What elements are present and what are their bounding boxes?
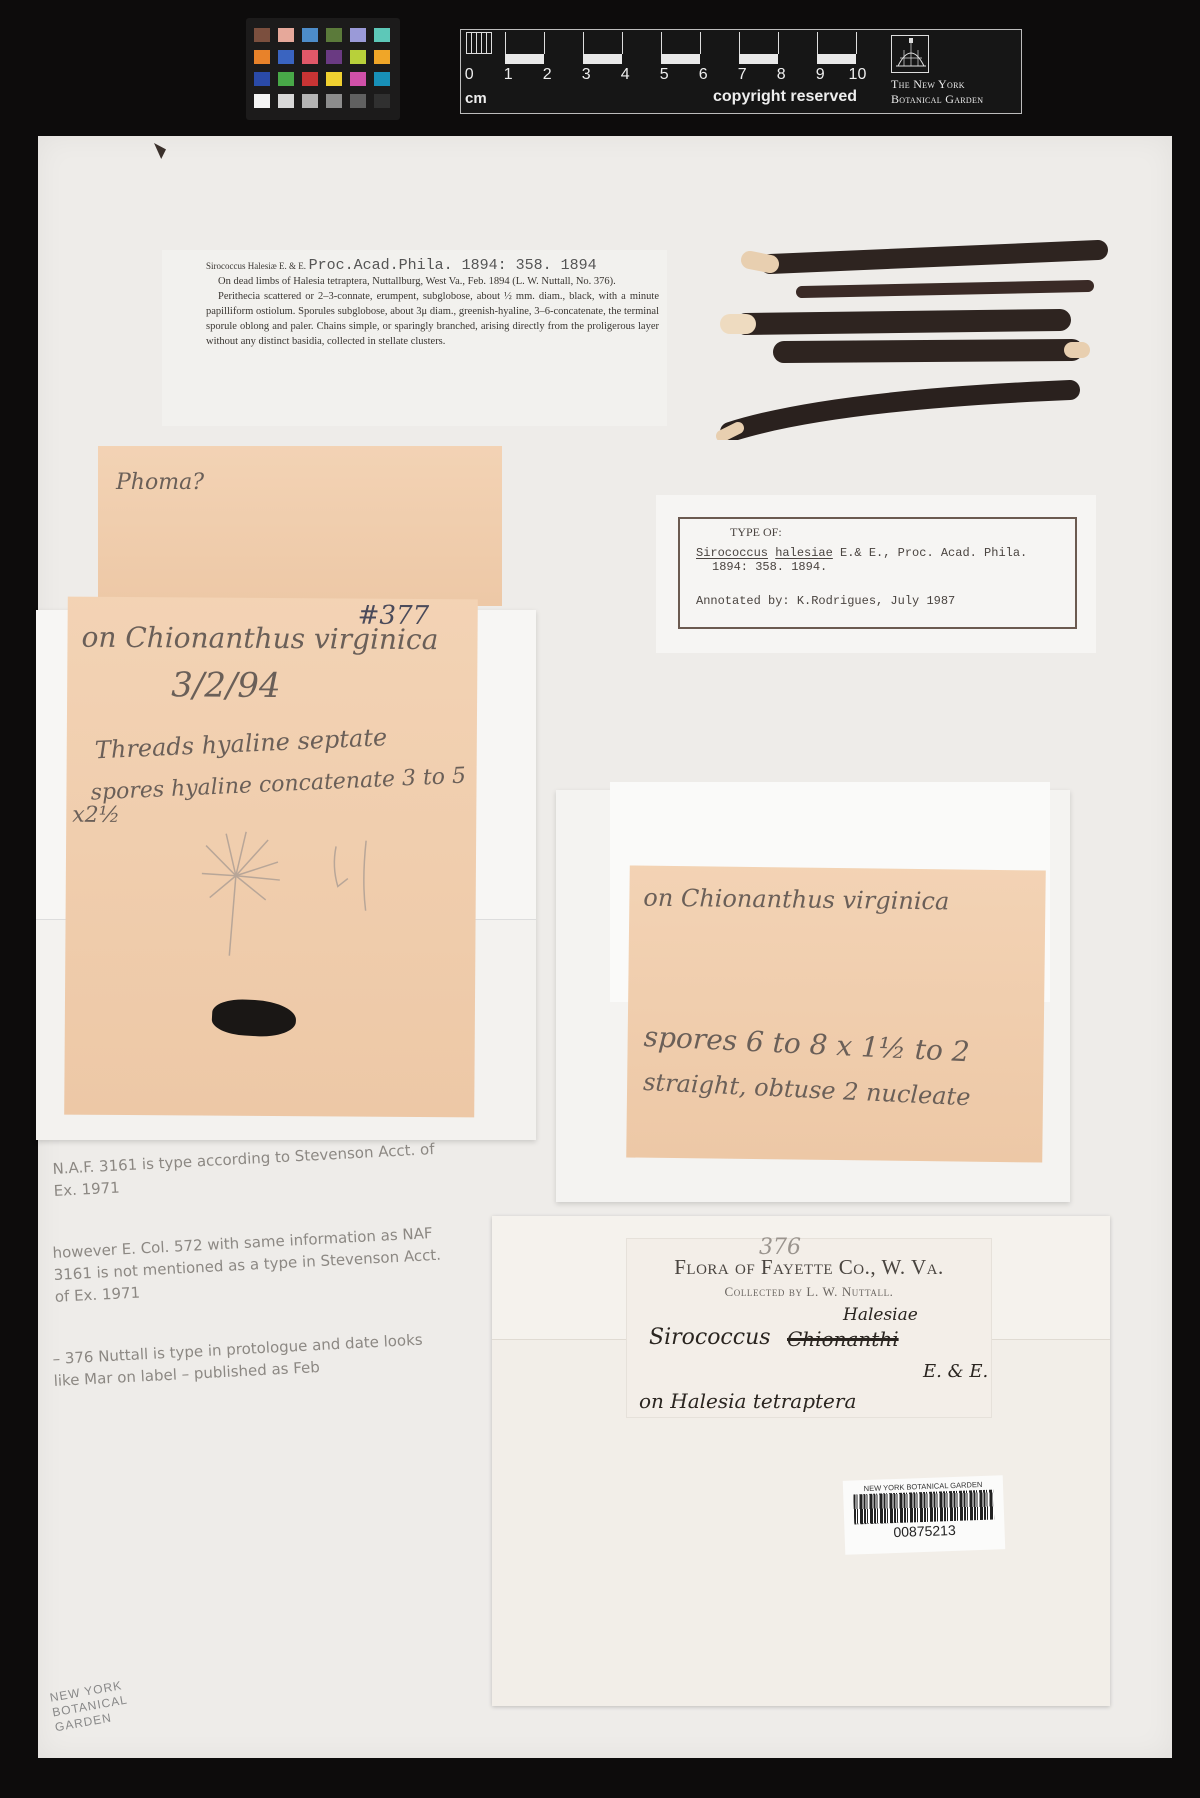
color-swatch <box>350 72 366 86</box>
color-swatch <box>326 50 342 64</box>
nybg-name: The New York Botanical Garden <box>891 77 983 107</box>
color-swatch <box>278 72 294 86</box>
barcode-label: NEW YORK BOTANICAL GARDEN 00875213 <box>843 1475 1005 1555</box>
protologue-label: Sirococcus Halesiæ E. & E. Proc.Acad.Phi… <box>162 250 667 426</box>
color-swatch <box>254 72 270 86</box>
nybg-logo: The New York Botanical Garden <box>891 35 1011 111</box>
color-swatch <box>254 28 270 42</box>
scale-unit: cm <box>465 90 487 107</box>
flora-of-fayette-label: 376 Flora of Fayette Co., W. Va. Collect… <box>626 1238 992 1418</box>
pencil-notes: N.A.F. 3161 is type according to Stevens… <box>52 1158 452 1432</box>
color-swatch <box>302 28 318 42</box>
color-swatch <box>254 94 270 108</box>
color-swatch <box>278 94 294 108</box>
conservatory-dome-icon <box>891 35 929 73</box>
note-3: – 376 Nuttall is type in protologue and … <box>52 1327 454 1392</box>
color-swatch <box>326 72 342 86</box>
left-packet-note: #377 on Chionanthus virginica 3/2/94 Thr… <box>64 597 478 1118</box>
note-2: however E. Col. 572 with same informatio… <box>52 1221 455 1308</box>
color-swatch <box>374 50 390 64</box>
color-swatch <box>302 94 318 108</box>
color-swatch <box>374 94 390 108</box>
twig-specimen <box>710 240 1110 440</box>
color-swatch <box>350 94 366 108</box>
scale-numbers: 0 1 2 3 4 5 6 7 8 9 10 <box>463 66 863 86</box>
color-swatch <box>374 28 390 42</box>
color-checker <box>246 18 400 120</box>
color-swatch <box>254 50 270 64</box>
color-swatch <box>350 50 366 64</box>
color-swatch <box>326 28 342 42</box>
color-swatch <box>302 72 318 86</box>
ruler <box>466 32 856 65</box>
right-packet-note: on Chionanthus virginica spores 6 to 8 x… <box>626 865 1046 1162</box>
color-swatch <box>278 28 294 42</box>
left-packet-top-slip: Phoma? <box>98 446 502 606</box>
color-swatch <box>374 72 390 86</box>
copyright-text: copyright reserved <box>713 88 857 106</box>
color-swatch <box>350 28 366 42</box>
scale-bar: 0 1 2 3 4 5 6 7 8 9 10 cm copyright rese… <box>460 29 1022 114</box>
barcode-bars <box>853 1490 994 1525</box>
sketch-stellate-cluster <box>195 825 376 966</box>
color-swatch <box>326 94 342 108</box>
color-swatch <box>278 50 294 64</box>
type-annotation-label: TYPE OF: Sirococcus halesiae E.& E., Pro… <box>656 495 1096 653</box>
color-swatch <box>302 50 318 64</box>
